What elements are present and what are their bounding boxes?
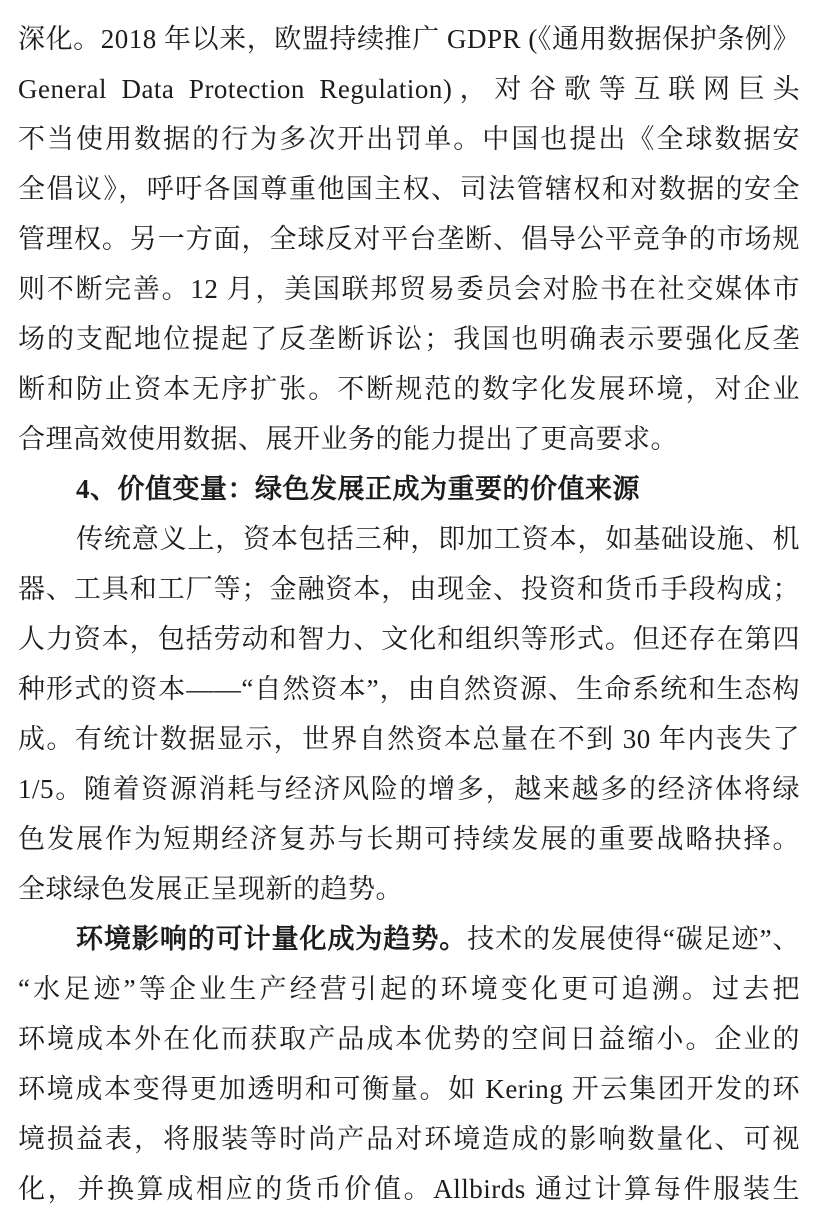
- text-line: 全球绿色发展正呈现新的趋势。: [18, 864, 800, 914]
- text-line: 深化。2018 年以来，欧盟持续推广 GDPR (《通用数据保护条例》: [18, 14, 800, 64]
- text-line: 成。有统计数据显示，世界自然资本总量在不到 30 年内丧失了: [18, 714, 800, 764]
- text-line: “水足迹”等企业生产经营引起的环境变化更可追溯。过去把: [18, 964, 800, 1014]
- text-line: 环境成本外在化而获取产品成本优势的空间日益缩小。企业的: [18, 1014, 800, 1064]
- text-line: 断和防止资本无序扩张。不断规范的数字化发展环境，对企业: [18, 364, 800, 414]
- text-line: 境损益表，将服装等时尚产品对环境造成的影响数量化、可视: [18, 1114, 800, 1164]
- text-line: 全倡议》，呼吁各国尊重他国主权、司法管辖权和对数据的安全: [18, 164, 800, 214]
- text-line: 场的支配地位提起了反垄断诉讼；我国也明确表示要强化反垄: [18, 314, 800, 364]
- text-line: 传统意义上，资本包括三种，即加工资本，如基础设施、机: [18, 514, 800, 564]
- text-segment: 技术的发展使得“碳足迹”、: [467, 924, 800, 954]
- text-line: 环境成本变得更加透明和可衡量。如 Kering 开云集团开发的环: [18, 1064, 800, 1114]
- text-line: 种形式的资本——“自然资本”，由自然资源、生命系统和生态构: [18, 664, 800, 714]
- text-line: 不当使用数据的行为多次开出罚单。中国也提出《全球数据安: [18, 114, 800, 164]
- text-line: 1/5。随着资源消耗与经济风险的增多，越来越多的经济体将绿: [18, 764, 800, 814]
- text-line: 合理高效使用数据、展开业务的能力提出了更高要求。: [18, 414, 800, 464]
- text-line: 色发展作为短期经济复苏与长期可持续发展的重要战略抉择。: [18, 814, 800, 864]
- text-line: 器、工具和工厂等；金融资本，由现金、投资和货币手段构成；: [18, 564, 800, 614]
- document-page: 深化。2018 年以来，欧盟持续推广 GDPR (《通用数据保护条例》 Gene…: [0, 0, 817, 1229]
- text-line: 管理权。另一方面，全球反对平台垄断、倡导公平竞争的市场规: [18, 214, 800, 264]
- text-line: 人力资本，包括劳动和智力、文化和组织等形式。但还存在第四: [18, 614, 800, 664]
- text-line: 则不断完善。12 月，美国联邦贸易委员会对脸书在社交媒体市: [18, 264, 800, 314]
- text-line: 环境影响的可计量化成为趋势。技术的发展使得“碳足迹”、: [18, 914, 800, 964]
- text-line: General Data Protection Regulation)，对谷歌等…: [18, 64, 800, 114]
- section-heading: 4、价值变量：绿色发展正成为重要的价值来源: [18, 464, 800, 514]
- text-line: 化，并换算成相应的货币价值。Allbirds 通过计算每件服装生: [18, 1164, 800, 1214]
- bold-lead-text: 环境影响的可计量化成为趋势。: [76, 924, 467, 954]
